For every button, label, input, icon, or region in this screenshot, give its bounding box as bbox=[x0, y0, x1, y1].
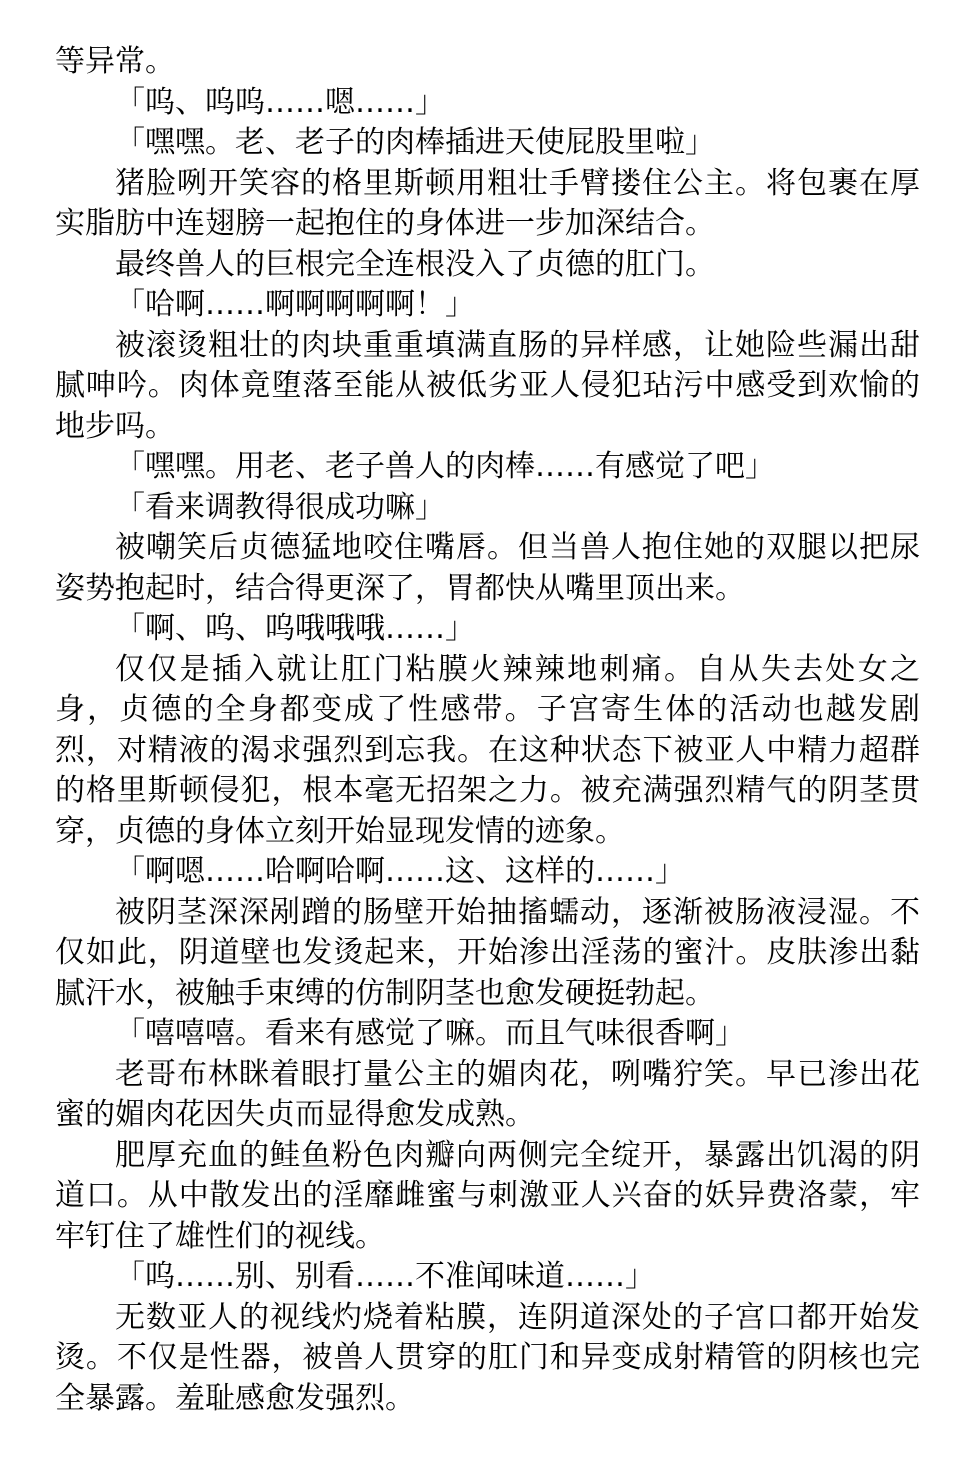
paragraph: 「哈啊……啊啊啊啊啊！」 bbox=[55, 285, 920, 326]
document-page: 等异常。「呜、呜呜……嗯……」「嘿嘿。老、老子的肉棒插进天使屁股里啦」猪脸咧开笑… bbox=[0, 0, 974, 1459]
paragraph: 肥厚充血的鲑鱼粉色肉瓣向两侧完全绽开，暴露出饥渴的阴道口。从中散发出的淫靡雌蜜与… bbox=[55, 1136, 920, 1258]
paragraph: 无数亚人的视线灼烧着粘膜，连阴道深处的子宫口都开始发烫。不仅是性器，被兽人贯穿的… bbox=[55, 1298, 920, 1420]
paragraph: 等异常。 bbox=[55, 42, 920, 83]
paragraph: 「啊、呜、呜哦哦哦……」 bbox=[55, 609, 920, 650]
paragraph: 「看来调教得很成功嘛」 bbox=[55, 488, 920, 529]
paragraph: 被阴茎深深剐蹭的肠壁开始抽搐蠕动，逐渐被肠液浸湿。不仅如此，阴道壁也发烫起来，开… bbox=[55, 893, 920, 1015]
paragraph: 被滚烫粗壮的肉块重重填满直肠的异样感，让她险些漏出甜腻呻吟。肉体竟堕落至能从被低… bbox=[55, 326, 920, 448]
paragraph: 「嘿嘿。老、老子的肉棒插进天使屁股里啦」 bbox=[55, 123, 920, 164]
paragraph: 「嘻嘻嘻。看来有感觉了嘛。而且气味很香啊」 bbox=[55, 1014, 920, 1055]
paragraph: 最终兽人的巨根完全连根没入了贞德的肛门。 bbox=[55, 245, 920, 286]
paragraph: 「呜……别、别看……不准闻味道……」 bbox=[55, 1257, 920, 1298]
paragraph: 猪脸咧开笑容的格里斯顿用粗壮手臂搂住公主。将包裹在厚实脂肪中连翅膀一起抱住的身体… bbox=[55, 164, 920, 245]
paragraph: 「嘿嘿。用老、老子兽人的肉棒……有感觉了吧」 bbox=[55, 447, 920, 488]
paragraph: 被嘲笑后贞德猛地咬住嘴唇。但当兽人抱住她的双腿以把尿姿势抱起时，结合得更深了，胃… bbox=[55, 528, 920, 609]
paragraph: 「啊嗯……哈啊哈啊……这、这样的……」 bbox=[55, 852, 920, 893]
paragraph: 仅仅是插入就让肛门粘膜火辣辣地刺痛。自从失去处女之身，贞德的全身都变成了性感带。… bbox=[55, 650, 920, 853]
paragraph: 「呜、呜呜……嗯……」 bbox=[55, 83, 920, 124]
paragraph: 老哥布林眯着眼打量公主的媚肉花，咧嘴狞笑。早已渗出花蜜的媚肉花因失贞而显得愈发成… bbox=[55, 1055, 920, 1136]
novel-text-content: 等异常。「呜、呜呜……嗯……」「嘿嘿。老、老子的肉棒插进天使屁股里啦」猪脸咧开笑… bbox=[55, 42, 920, 1419]
